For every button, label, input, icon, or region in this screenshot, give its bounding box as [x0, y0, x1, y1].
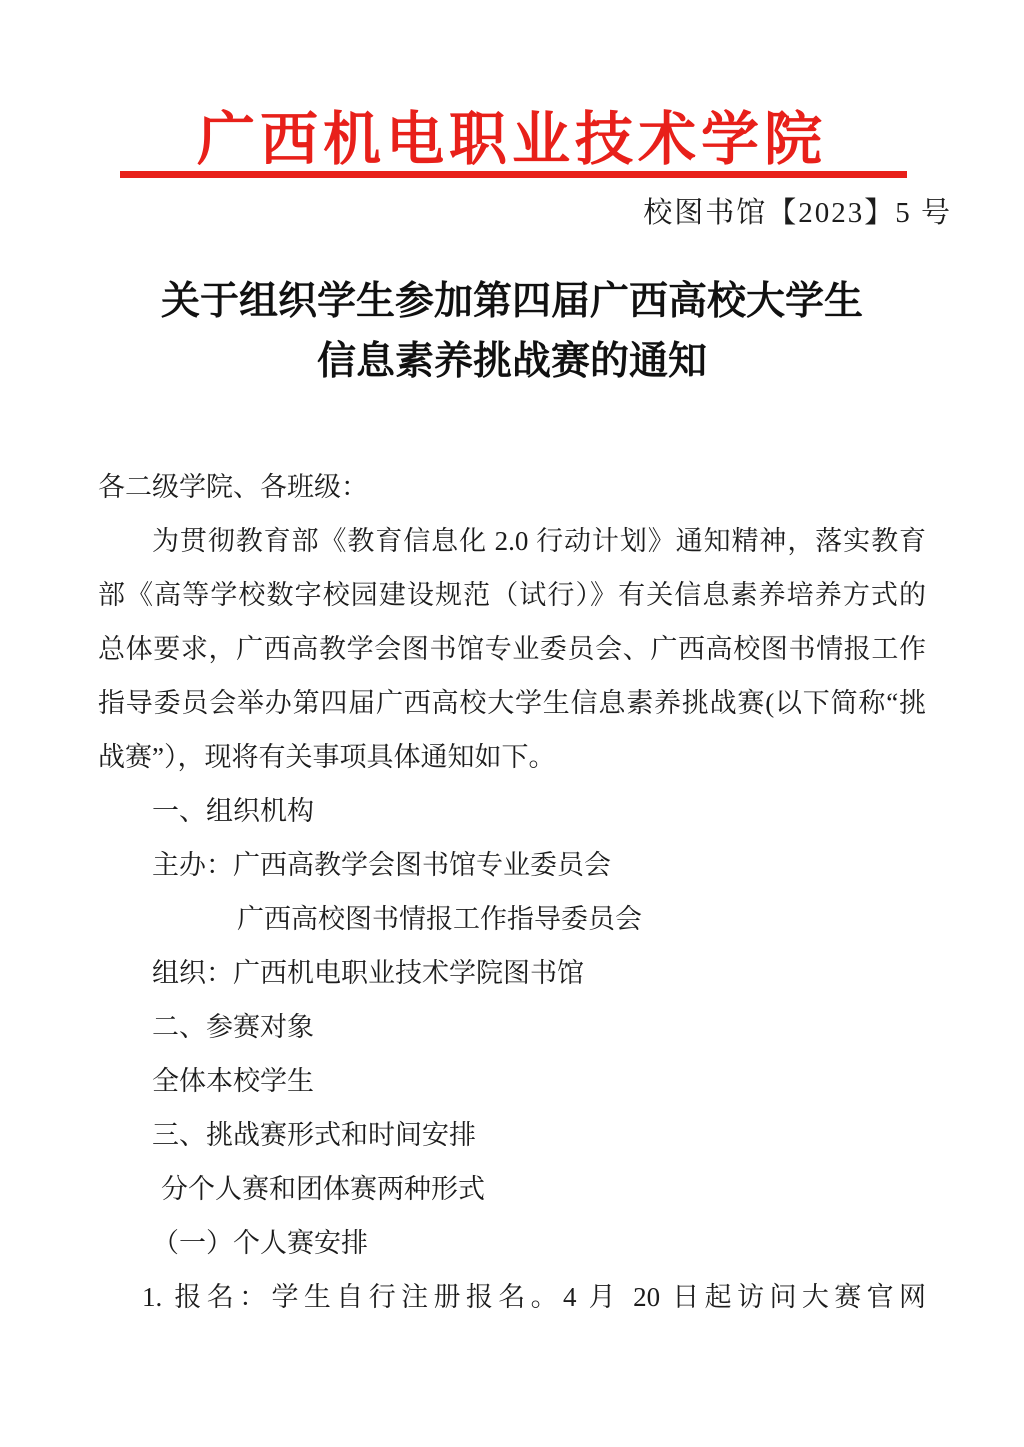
body-line: 1. 报名：学生自行注册报名。4 月 20 日起访问大赛官网 — [98, 1270, 926, 1324]
body-line: 为贯彻教育部《教育信息化 2.0 行动计划》通知精神，落实教育 — [98, 514, 926, 568]
body-line: （一）个人赛安排 — [98, 1216, 926, 1270]
notice-title-line2: 信息素养挑战赛的通知 — [0, 332, 1024, 392]
body-line: 广西高校图书情报工作指导委员会 — [98, 892, 926, 946]
red-divider-rule — [120, 171, 907, 178]
notice-title-line1: 关于组织学生参加第四届广西高校大学生 — [0, 272, 1024, 332]
document-page: 广西机电职业技术学院 校图书馆【2023】5 号 关于组织学生参加第四届广西高校… — [0, 0, 1024, 1447]
body-line: 组织：广西机电职业技术学院图书馆 — [98, 946, 926, 1000]
body-line: 主办：广西高教学会图书馆专业委员会 — [98, 838, 926, 892]
body-line: 全体本校学生 — [98, 1054, 926, 1108]
body-line: 总体要求，广西高教学会图书馆专业委员会、广西高校图书情报工作 — [98, 622, 926, 676]
body-line: 各二级学院、各班级： — [98, 460, 926, 514]
body-line: 二、参赛对象 — [98, 1000, 926, 1054]
body-line: 指导委员会举办第四届广西高校大学生信息素养挑战赛(以下简称“挑 — [98, 676, 926, 730]
body-line: 分个人赛和团体赛两种形式 — [98, 1162, 926, 1216]
body-line: 战赛”），现将有关事项具体通知如下。 — [98, 730, 926, 784]
school-name-heading: 广西机电职业技术学院 — [0, 92, 1024, 176]
body-line: 一、组织机构 — [98, 784, 926, 838]
notice-body: 各二级学院、各班级：为贯彻教育部《教育信息化 2.0 行动计划》通知精神，落实教… — [98, 460, 926, 1324]
document-number: 校图书馆【2023】5 号 — [643, 190, 952, 231]
notice-title: 关于组织学生参加第四届广西高校大学生 信息素养挑战赛的通知 — [0, 272, 1024, 392]
body-line: 三、挑战赛形式和时间安排 — [98, 1108, 926, 1162]
body-line: 部《高等学校数字校园建设规范（试行）》有关信息素养培养方式的 — [98, 568, 926, 622]
